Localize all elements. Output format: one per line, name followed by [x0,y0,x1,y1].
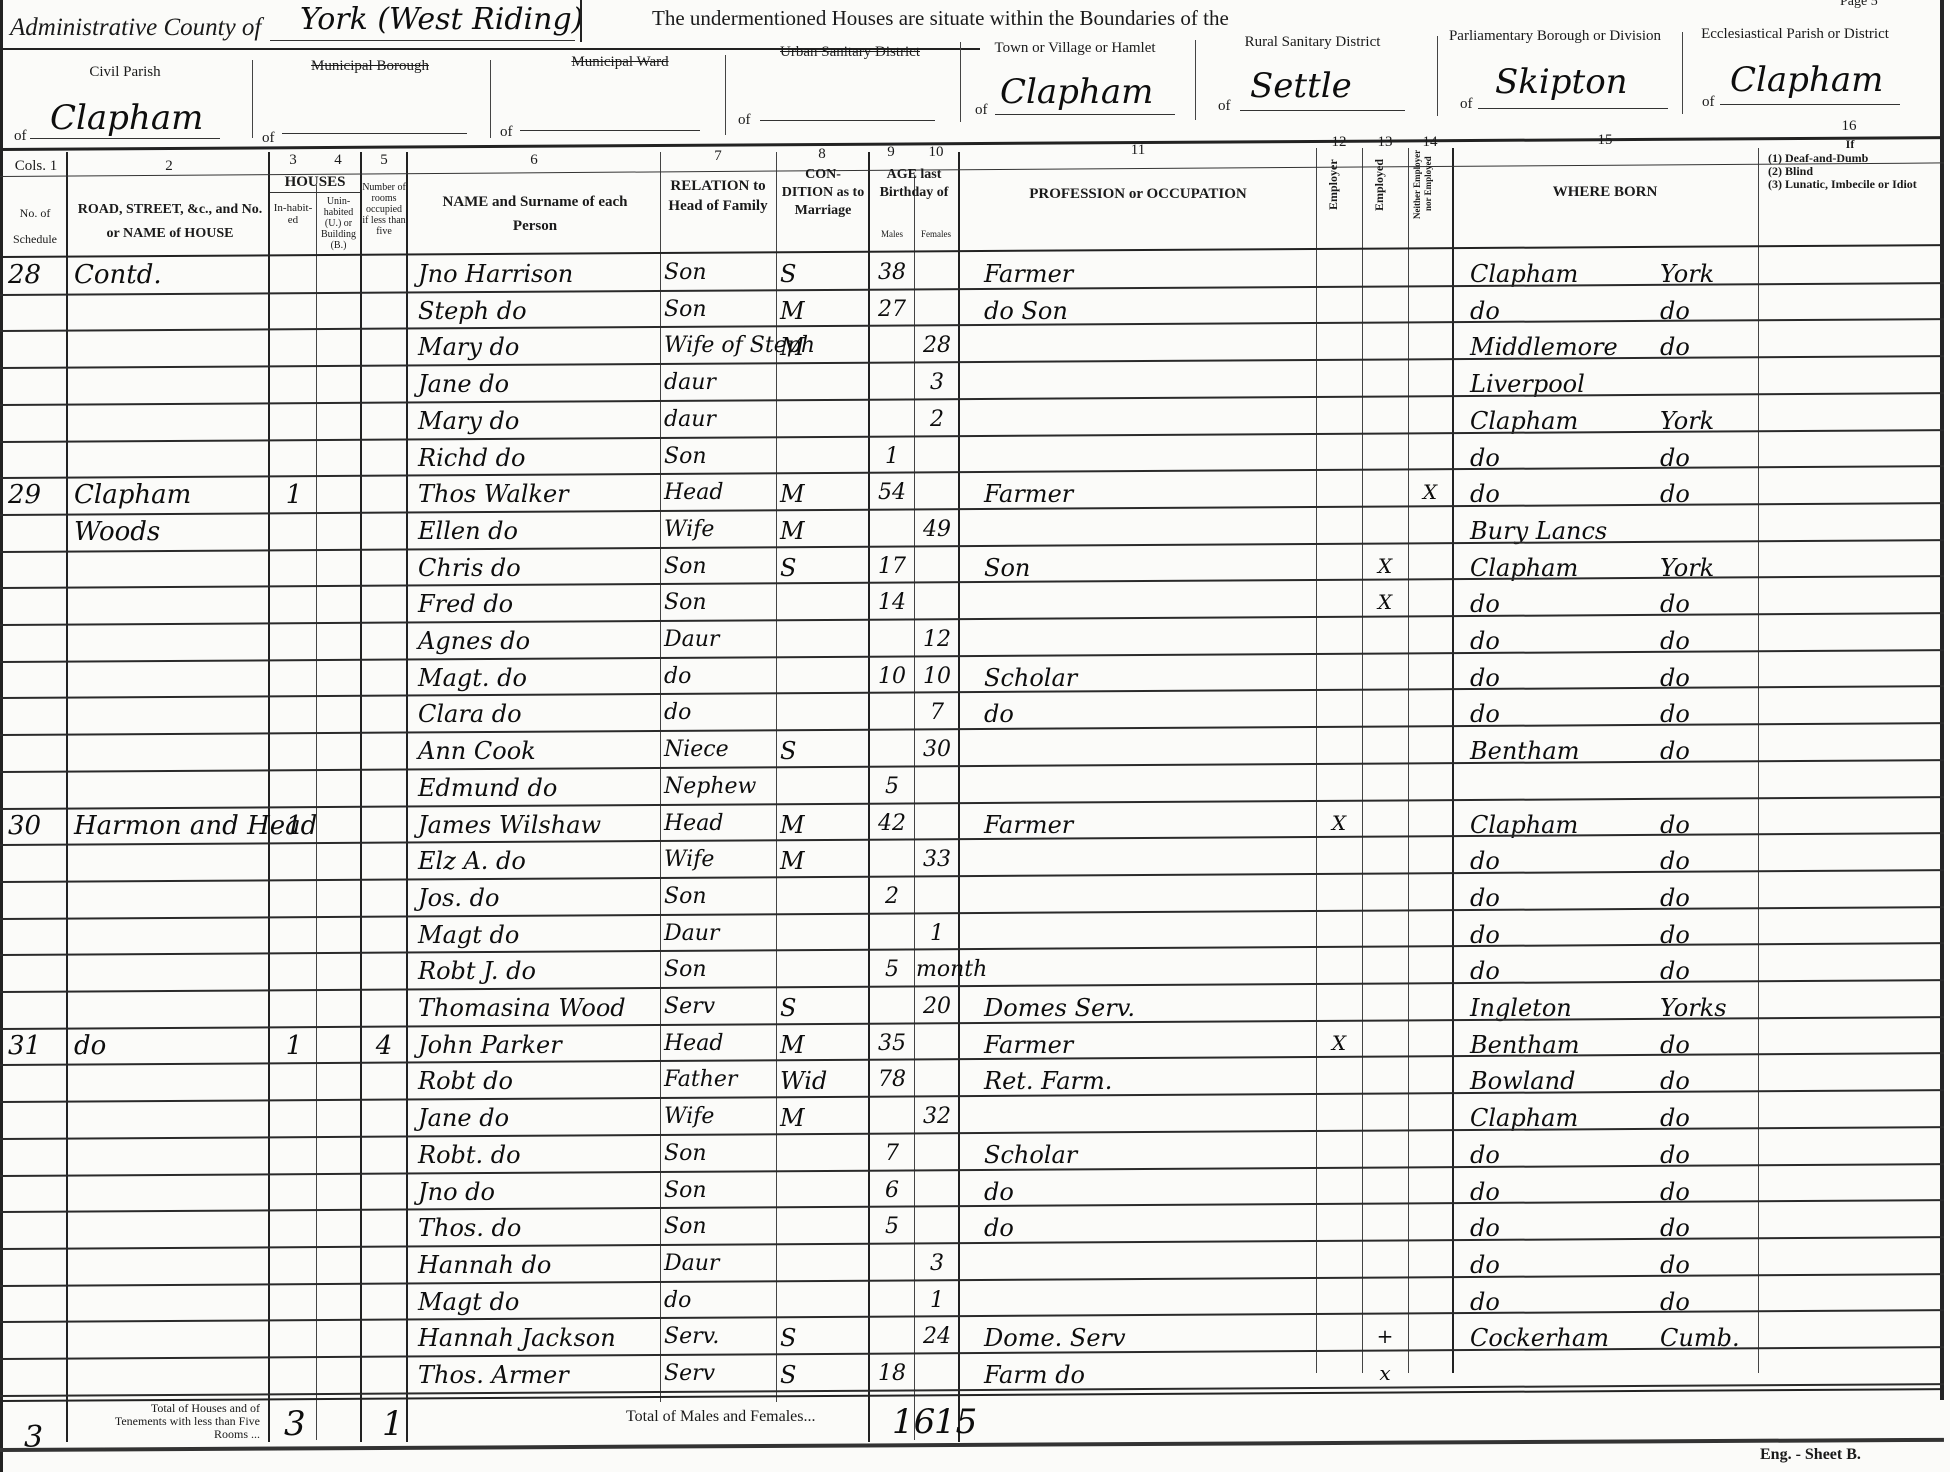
divider [1437,36,1438,116]
civil-parish-underline [30,138,220,139]
cell-condition: Wid [780,1067,866,1095]
row-rule [0,1309,1944,1322]
cell-name: Thomasina Wood [418,994,658,1022]
row-rule [0,392,1944,405]
cell-neither: X [1410,480,1450,504]
cell-relation: Nephew [664,774,776,799]
cell-name: Magt do [418,921,658,949]
cell-occupation: Scholar [984,1141,1314,1169]
cell-relation: Son [664,884,776,909]
col-number-15: 15 [1452,132,1758,149]
row-rule [0,1089,1944,1102]
cell-employer: X [1318,1031,1360,1055]
cell-road: do [74,1031,264,1061]
row-rule [0,686,1944,699]
row-rule [0,575,1944,588]
cell-male-age: 2 [870,884,914,909]
cell-employed: x [1364,1361,1406,1385]
sheet-left-border [0,0,3,1472]
cell-road: Clapham [74,480,264,510]
row-rule [0,319,1944,332]
cell-condition: M [780,811,866,839]
females-header: Females [914,228,958,240]
cell-relation: Son [664,260,776,285]
cell-condition: S [780,994,866,1022]
name-header: NAME and Surname of each Person [430,190,640,238]
cell-name: Hannah Jackson [418,1324,658,1352]
cell-male-age: 7 [870,1141,914,1166]
col-number-13: 13 [1362,134,1408,151]
schedule-header: No. of Schedule [4,200,66,252]
cell-relation: Serv [664,1361,776,1386]
town-village-value: Clapham [1000,72,1153,112]
row-rule [0,612,1944,625]
parliamentary-division-label: Parliamentary Borough or Division [1445,28,1665,45]
col-number-9: 9 [868,144,914,161]
cell-inhabited: 1 [276,480,312,510]
cell-name: Mary do [418,407,658,435]
condition-header: CON-DITION as to Marriage [780,166,866,220]
cell-name: Ann Cook [418,737,658,765]
cell-name: Clara do [418,700,658,728]
boundaries-text: The undermentioned Houses are situate wi… [652,6,1229,31]
cell-relation: Serv [664,994,776,1019]
municipal-ward-label: Municipal Ward [505,54,735,71]
col-divider-11 [1316,148,1317,1373]
parliamentary-division-value: Skipton [1495,62,1628,102]
col-number-5: 5 [362,152,406,169]
col-divider-14 [1452,148,1454,1373]
divider [1682,32,1683,114]
cell-condition: M [780,333,866,361]
houses-header: HOUSES [270,174,360,191]
cell-male-age: 14 [870,590,914,615]
cell-name: Fred do [418,590,658,618]
row-rule [0,796,1944,809]
cell-relation: Niece [664,737,776,762]
cell-condition: M [780,480,866,508]
cell-relation: Daur [664,627,776,652]
cell-name: Thos Walker [418,480,658,508]
cell-name: Hannah do [418,1251,658,1279]
cell-occupation: Farmer [984,260,1314,288]
cell-relation: Son [664,297,776,322]
cell-road: Contd. [74,260,264,290]
cell-relation: do [664,664,776,689]
cell-relation: Head [664,1031,776,1056]
col-number-3: 3 [270,152,316,169]
row-rule [0,759,1944,772]
col-number-2: 2 [70,158,268,175]
col-number-7: 7 [660,148,776,165]
cell-relation: do [664,700,776,725]
cell-condition: S [780,737,866,765]
rooms-total: 1 [382,1404,404,1444]
cell-condition: S [780,260,866,288]
col-divider-6 [660,152,661,1402]
col-divider-13 [1408,148,1409,1373]
urban-sanitary-district-label: Urban Sanitary District [740,44,960,61]
rural-sanitary-district-of: of [1218,98,1231,115]
cell-relation: Son [664,1141,776,1166]
cell-male-age: 42 [870,811,914,836]
cell-condition: M [780,297,866,325]
cell-occupation: do [984,700,1314,728]
cell-employed: X [1364,590,1406,614]
cell-name: Richd do [418,444,658,472]
row-rule [0,722,1944,735]
cell-occupation: do [984,1178,1314,1206]
uninhabited-header: Unin-habited (U.) or Building (B.) [317,196,360,251]
row-rule [0,1236,1944,1249]
col-number-4: 4 [316,152,360,169]
cell-condition: M [780,517,866,545]
row-rule [0,282,1944,295]
divider [252,60,253,138]
cell-name: Jos. do [418,884,658,912]
cell-relation: Son [664,590,776,615]
col-divider-4 [360,152,362,1442]
cell-name: Jno do [418,1178,658,1206]
row-rule [0,649,1944,662]
town-village-label: Town or Village or Hamlet [965,40,1185,57]
cell-female-age: 33 [916,847,958,872]
cell-condition: M [780,1104,866,1132]
cell-name: Mary do [418,333,658,361]
where-born-header: WHERE BORN [1452,184,1758,201]
cell-female-age: 32 [916,1104,958,1129]
cell-schedule: 30 [8,811,64,841]
civil-parish-label: Civil Parish [20,64,230,81]
cell-male-age: 5 [870,774,914,799]
cell-female-age: 12 [916,627,958,652]
municipal-borough-of: of [262,130,275,147]
col-number-16: 16 [1758,118,1940,135]
cell-male-age: 6 [870,1178,914,1203]
employer-header: Employer [1326,150,1352,220]
cell-name: John Parker [418,1031,658,1059]
parliamentary-division-underline [1478,108,1668,109]
cell-female-age: 3 [916,1251,958,1276]
cell-inhabited: 1 [276,811,312,841]
cell-relation: Head [664,811,776,836]
cell-name: Ellen do [418,517,658,545]
cell-male-age: 27 [870,297,914,322]
cell-male-age: 1 [870,444,914,469]
col-number-10: 10 [914,144,958,161]
urban-sanitary-district-underline [760,120,935,121]
header-bottom-rule [0,244,1944,258]
col-divider-2 [268,152,270,1442]
cell-female-age: 10 [916,664,958,689]
cell-relation: Son [664,444,776,469]
cell-relation: do [664,1288,776,1313]
cell-occupation: Dome. Serv [984,1324,1314,1352]
cell-male-age: 78 [870,1067,914,1092]
cell-relation: Son [664,957,776,982]
cell-condition: M [780,847,866,875]
rural-sanitary-district-label: Rural Sanitary District [1200,34,1425,51]
cell-male-age: 17 [870,554,914,579]
cell-road: Harmon and Head [74,811,264,841]
cell-name: Agnes do [418,627,658,655]
col-divider-12 [1362,148,1363,1373]
civil-parish-of: of [14,128,27,145]
rural-sanitary-district-value: Settle [1250,66,1352,106]
cell-female-age: 30 [916,737,958,762]
divider [490,60,491,138]
administrative-county-value: York (West Riding) [300,2,583,37]
houses-rule [270,192,360,193]
row-rule [0,1273,1944,1286]
cell-female-age: 1 [916,921,958,946]
row-rule [0,1163,1944,1176]
cell-relation: Father [664,1067,776,1092]
page-label: Page 5 [1840,0,1878,10]
infirmity-3: (3) Lunatic, Imbecile or Idiot [1768,178,1938,191]
sheet-label: Eng. - Sheet B. [1760,1446,1861,1464]
cell-name: Steph do [418,297,658,325]
col-number-12: 12 [1316,134,1362,151]
cell-male-age: 38 [870,260,914,285]
row-rule [0,1126,1944,1139]
cell-female-age: 1 [916,1288,958,1313]
cell-name: Robt J. do [418,957,658,985]
col-number-1: Cols. 1 [6,158,66,175]
row-rule [0,869,1944,882]
cell-employed: X [1364,554,1406,578]
cell-male-age: 5 [870,1214,914,1239]
row-rule [0,906,1944,919]
municipal-ward-underline [520,130,700,131]
cell-relation: Son [664,554,776,579]
cell-female-age: 20 [916,994,958,1019]
row-rule [0,1346,1944,1359]
col-divider-10 [958,152,960,1442]
col-number-8: 8 [776,146,868,163]
row-rule [0,539,1944,552]
ecclesiastical-parish-underline [1720,104,1900,105]
cell-male-age: 5 [870,957,914,982]
cell-rooms: 4 [366,1031,402,1061]
civil-parish-value: Clapham [50,98,203,138]
cell-name: Edmund do [418,774,658,802]
cell-relation: Serv. [664,1324,776,1349]
sheet-right-border [1940,0,1944,1400]
cell-female-age: 3 [916,370,958,395]
cell-relation: Son [664,1178,776,1203]
houses-total-label: Total of Houses and of Tenements with le… [100,1402,260,1441]
row-rule [0,429,1944,442]
cell-condition: S [780,554,866,582]
col-number-6: 6 [408,152,660,169]
cell-female-age: 7 [916,700,958,725]
cell-female-age: 49 [916,517,958,542]
county-box-edge [580,0,582,42]
town-village-of: of [975,102,988,119]
cell-name: Robt. do [418,1141,658,1169]
cell-relation: Wife [664,1104,776,1129]
divider [725,55,726,135]
cell-female-age: 24 [916,1324,958,1349]
row-rule [0,1199,1944,1212]
neither-header: Neither Employer nor Employed [1412,148,1450,220]
municipal-borough-underline [282,133,467,134]
cell-relation: daur [664,370,776,395]
ecclesiastical-parish-value: Clapham [1730,60,1883,100]
administrative-county-label: Administrative County of [10,14,261,42]
cell-male-age: 18 [870,1361,914,1386]
cell-female-age: month [916,957,958,982]
cell-male-age: 54 [870,480,914,505]
cell-occupation: do Son [984,297,1314,325]
cell-relation: Wife of Steph [664,333,776,358]
cell-relation: Son [664,1214,776,1239]
divider [960,42,961,122]
col-divider-5 [406,152,408,1442]
infirmity-if: If [1760,138,1940,150]
cell-relation: Daur [664,921,776,946]
occupation-header: PROFESSION or OCCUPATION [960,186,1316,203]
cell-name: Chris do [418,554,658,582]
cell-schedule: 31 [8,1031,64,1061]
age-header: AGE last Birthday of [870,166,958,202]
cell-occupation: do [984,1214,1314,1242]
col-divider-9 [914,175,915,1440]
row-rule [0,1016,1944,1029]
cell-condition: S [780,1324,866,1352]
municipal-ward-of: of [500,124,513,141]
row-rule [0,355,1944,368]
relation-header: RELATION to Head of Family [662,176,774,216]
municipal-borough-label: Municipal Borough [260,58,480,75]
females-total: 15 [934,1402,977,1442]
cell-occupation: Ret. Farm. [984,1067,1314,1095]
cell-name: Jno Harrison [418,260,658,288]
cell-male-age: 10 [870,664,914,689]
cell-name: Jane do [418,1104,658,1132]
cell-relation: Wife [664,517,776,542]
rural-sanitary-district-underline [1240,110,1405,111]
employed-header: Employed [1372,150,1398,220]
inhabited-header: In-habit-ed [270,202,316,226]
col-number-11: 11 [960,142,1316,159]
cell-male-age: 35 [870,1031,914,1056]
urban-sanitary-district-of: of [738,112,751,129]
cell-relation: Wife [664,847,776,872]
males-total: 16 [892,1402,935,1442]
cell-name: Magt. do [418,664,658,692]
males-header: Males [870,228,914,240]
cell-name: Elz A. do [418,847,658,875]
row-rule [0,465,1944,478]
town-village-underline [995,114,1175,115]
cell-inhabited: 1 [276,1031,312,1061]
cell-occupation: Scholar [984,664,1314,692]
cell-name: James Wilshaw [418,811,658,839]
row-rule [0,942,1944,955]
cell-occupation: Farmer [984,811,1314,839]
cell-name: Thos. do [418,1214,658,1242]
road-header: ROAD, STREET, &c., and No. or NAME of HO… [72,198,268,246]
cell-employed: + [1364,1324,1406,1348]
cell-female-age: 2 [916,407,958,432]
ecclesiastical-parish-label: Ecclesiastical Parish or District [1695,26,1895,43]
parliamentary-division-of: of [1460,96,1473,113]
cell-schedule: 29 [8,480,64,510]
cell-female-age: 28 [916,333,958,358]
cell-road: Woods [74,517,264,547]
cell-name: Magt do [418,1288,658,1316]
cell-occupation: Farm do [984,1361,1314,1389]
cell-schedule: 28 [8,260,64,290]
cell-name: Robt do [418,1067,658,1095]
cell-occupation: Son [984,554,1314,582]
ecclesiastical-parish-of: of [1702,94,1715,111]
cell-relation: Daur [664,1251,776,1276]
county-underline [270,40,575,41]
cell-relation: Head [664,480,776,505]
cell-condition: M [780,1031,866,1059]
divider [1195,40,1196,120]
cell-occupation: Farmer [984,480,1314,508]
cell-employer: X [1318,811,1360,835]
cell-name: Thos. Armer [418,1361,658,1389]
cell-condition: S [780,1361,866,1389]
cell-name: Jane do [418,370,658,398]
inhabited-total: 3 [284,1404,306,1444]
rooms-header: Number of rooms occupied if less than fi… [362,182,406,237]
cell-occupation: Domes Serv. [984,994,1314,1022]
persons-total-label: Total of Males and Females... [626,1408,816,1426]
cell-occupation: Farmer [984,1031,1314,1059]
cell-relation: daur [664,407,776,432]
census-sheet: Administrative County of York (West Ridi… [0,0,1950,1472]
